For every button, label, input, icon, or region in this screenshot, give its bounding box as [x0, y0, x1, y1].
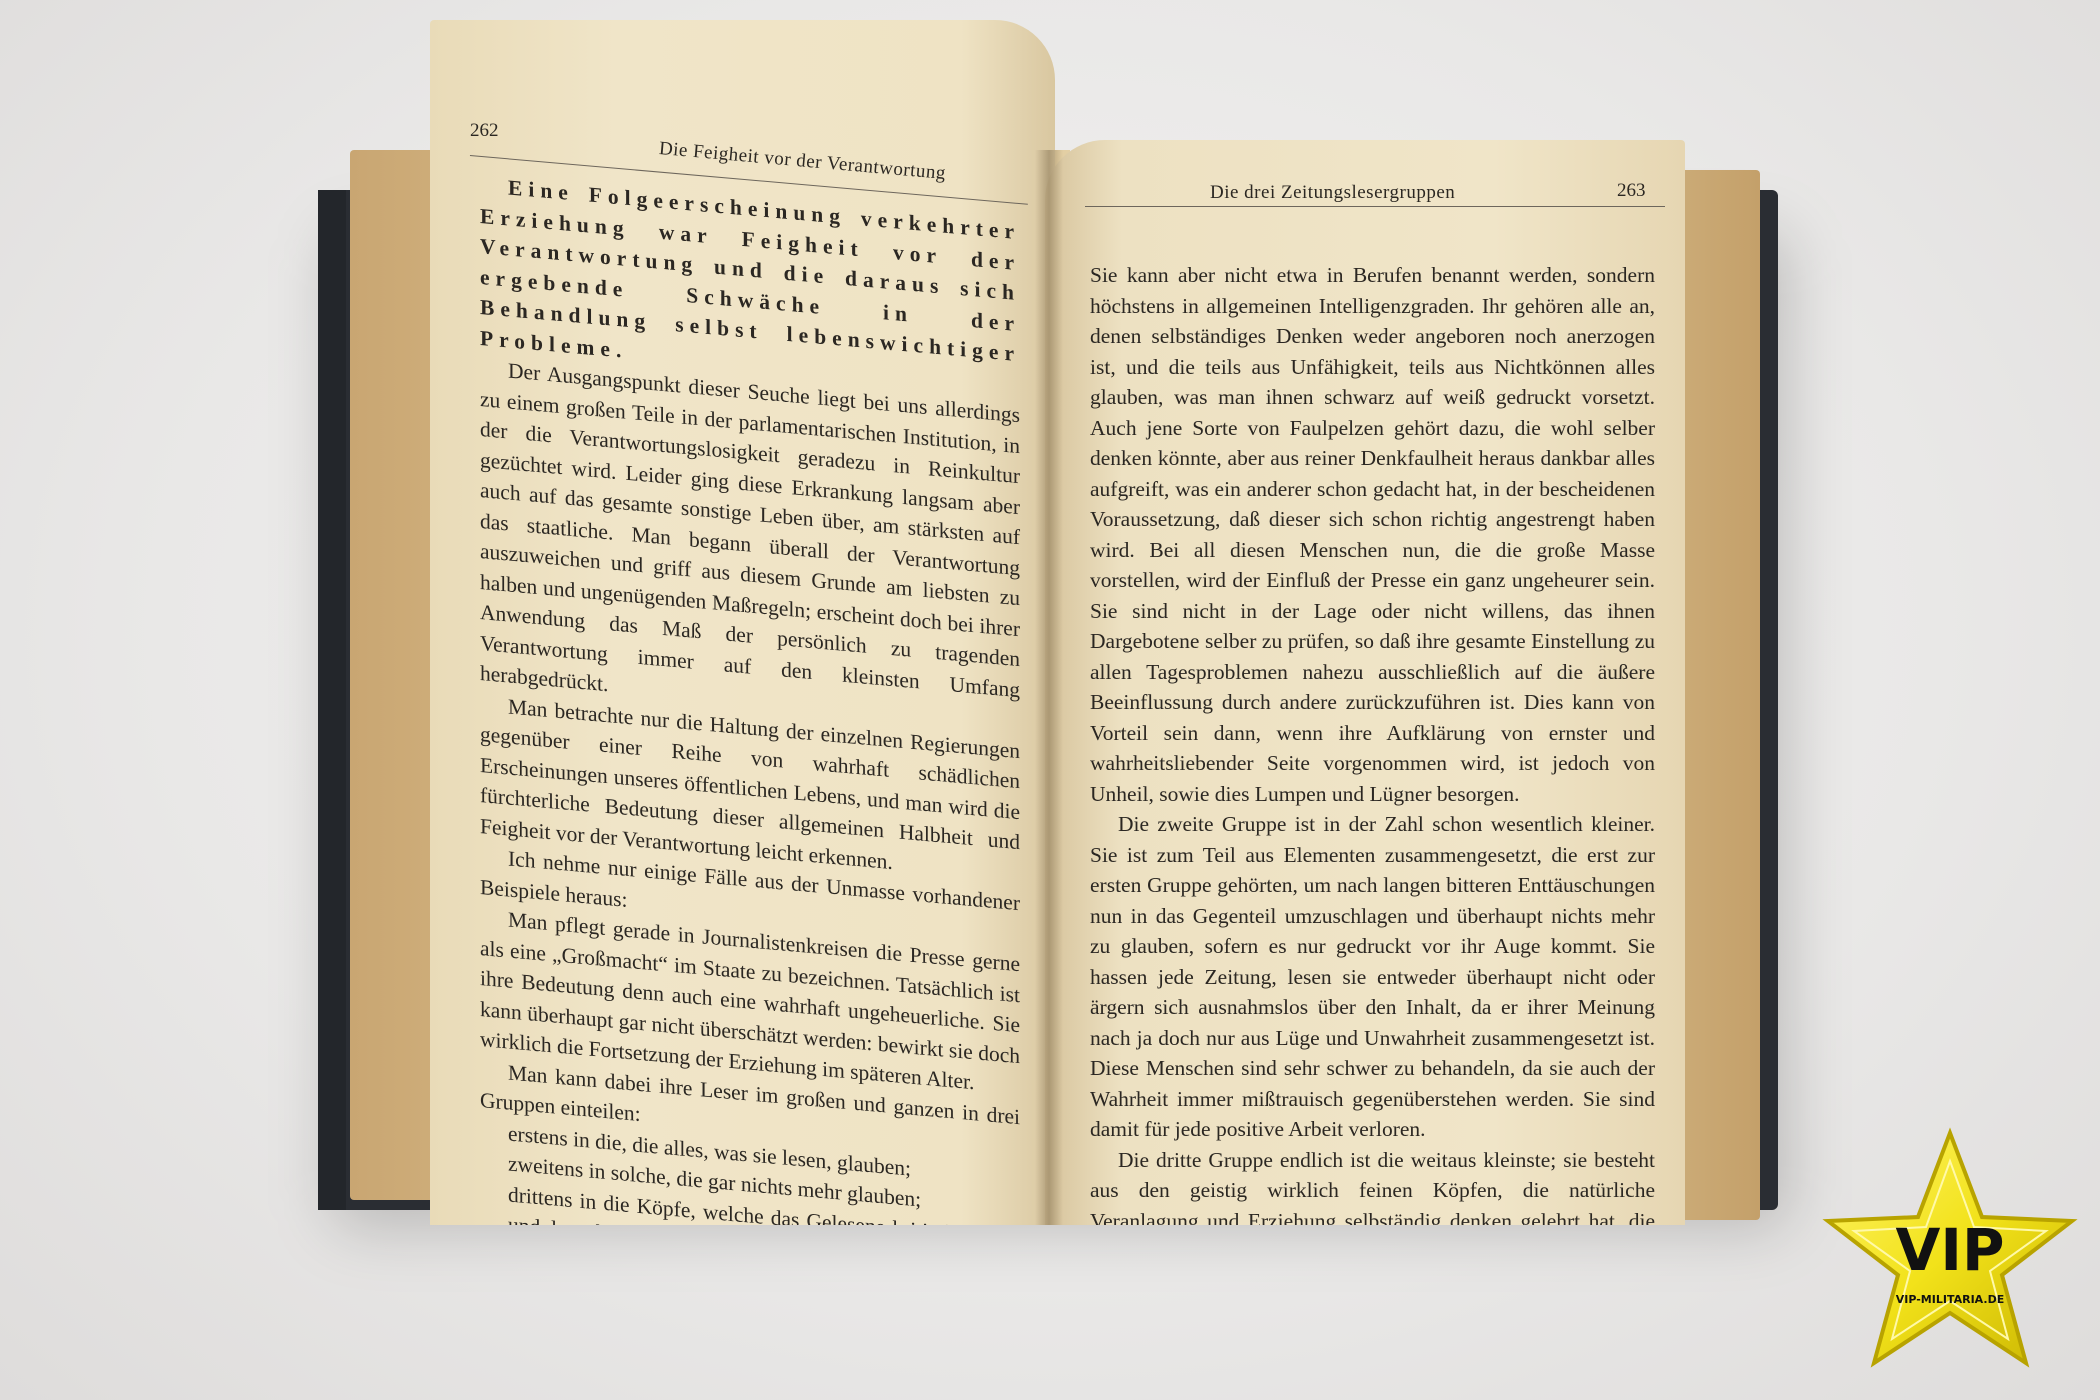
right-page-body: Sie kann aber nicht etwa in Berufen bena…	[1090, 260, 1655, 1225]
right-page-number: 263	[1617, 180, 1646, 202]
paragraph: Sie kann aber nicht etwa in Berufen bena…	[1090, 260, 1655, 809]
left-page: 262 Die Feigheit vor der Verantwortung E…	[430, 20, 1055, 1225]
svg-text:VIP: VIP	[1896, 1216, 2005, 1284]
star-icon: VIP VIP-MILITARIA.DE	[1820, 1125, 2080, 1385]
left-page-number: 262	[470, 120, 499, 142]
svg-text:VIP-MILITARIA.DE: VIP-MILITARIA.DE	[1896, 1293, 2004, 1306]
book-gutter	[1035, 150, 1063, 1225]
paragraph: Die zweite Gruppe ist in der Zahl schon …	[1090, 809, 1655, 1145]
right-page: Die drei Zeitungslesergruppen 263 Sie ka…	[1045, 140, 1685, 1225]
left-running-head: Die Feigheit vor der Verantwortung	[658, 138, 947, 185]
vip-militaria-watermark: VIP VIP-MILITARIA.DE	[1820, 1125, 2080, 1385]
book-spine-edge	[318, 190, 346, 1210]
right-header-rule	[1085, 206, 1665, 207]
right-running-head: Die drei Zeitungslesergruppen	[1210, 182, 1455, 204]
paragraph: Die dritte Gruppe endlich ist die weitau…	[1090, 1145, 1655, 1226]
paragraph: Der Ausgangspunkt dieser Seuche liegt be…	[480, 353, 1020, 736]
left-page-body: Eine Folgeerscheinung verkehrter Erziehu…	[480, 170, 1020, 1225]
